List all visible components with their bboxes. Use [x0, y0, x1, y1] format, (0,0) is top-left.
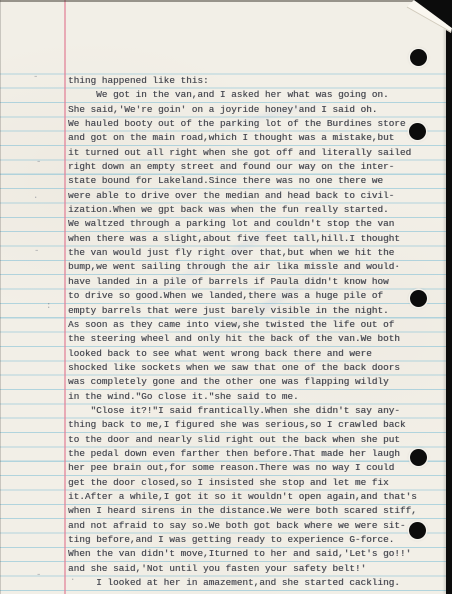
pencil-mark: : [46, 302, 51, 311]
pencil-mark: . [33, 192, 38, 201]
hole-punch [410, 49, 427, 66]
scan-edge-top [0, 0, 452, 2]
pencil-mark: - [33, 73, 38, 82]
scanned-page: { "scan": { "paper_color": "#f2efe7", "r… [0, 0, 452, 594]
scan-edge-right [446, 0, 452, 594]
hole-punch [409, 522, 426, 539]
pencil-mark: - [36, 571, 41, 580]
hole-punch [410, 290, 427, 307]
pencil-mark: . [70, 574, 75, 583]
hole-punch [410, 449, 427, 466]
margin-line [64, 0, 66, 594]
folded-corner [406, 0, 452, 34]
pencil-mark: - [34, 247, 39, 256]
scan-edge-left [0, 0, 1, 594]
hole-punch [409, 123, 426, 140]
pencil-mark: - [36, 158, 41, 167]
typed-text: thing happened like this: We got in the … [68, 74, 417, 590]
